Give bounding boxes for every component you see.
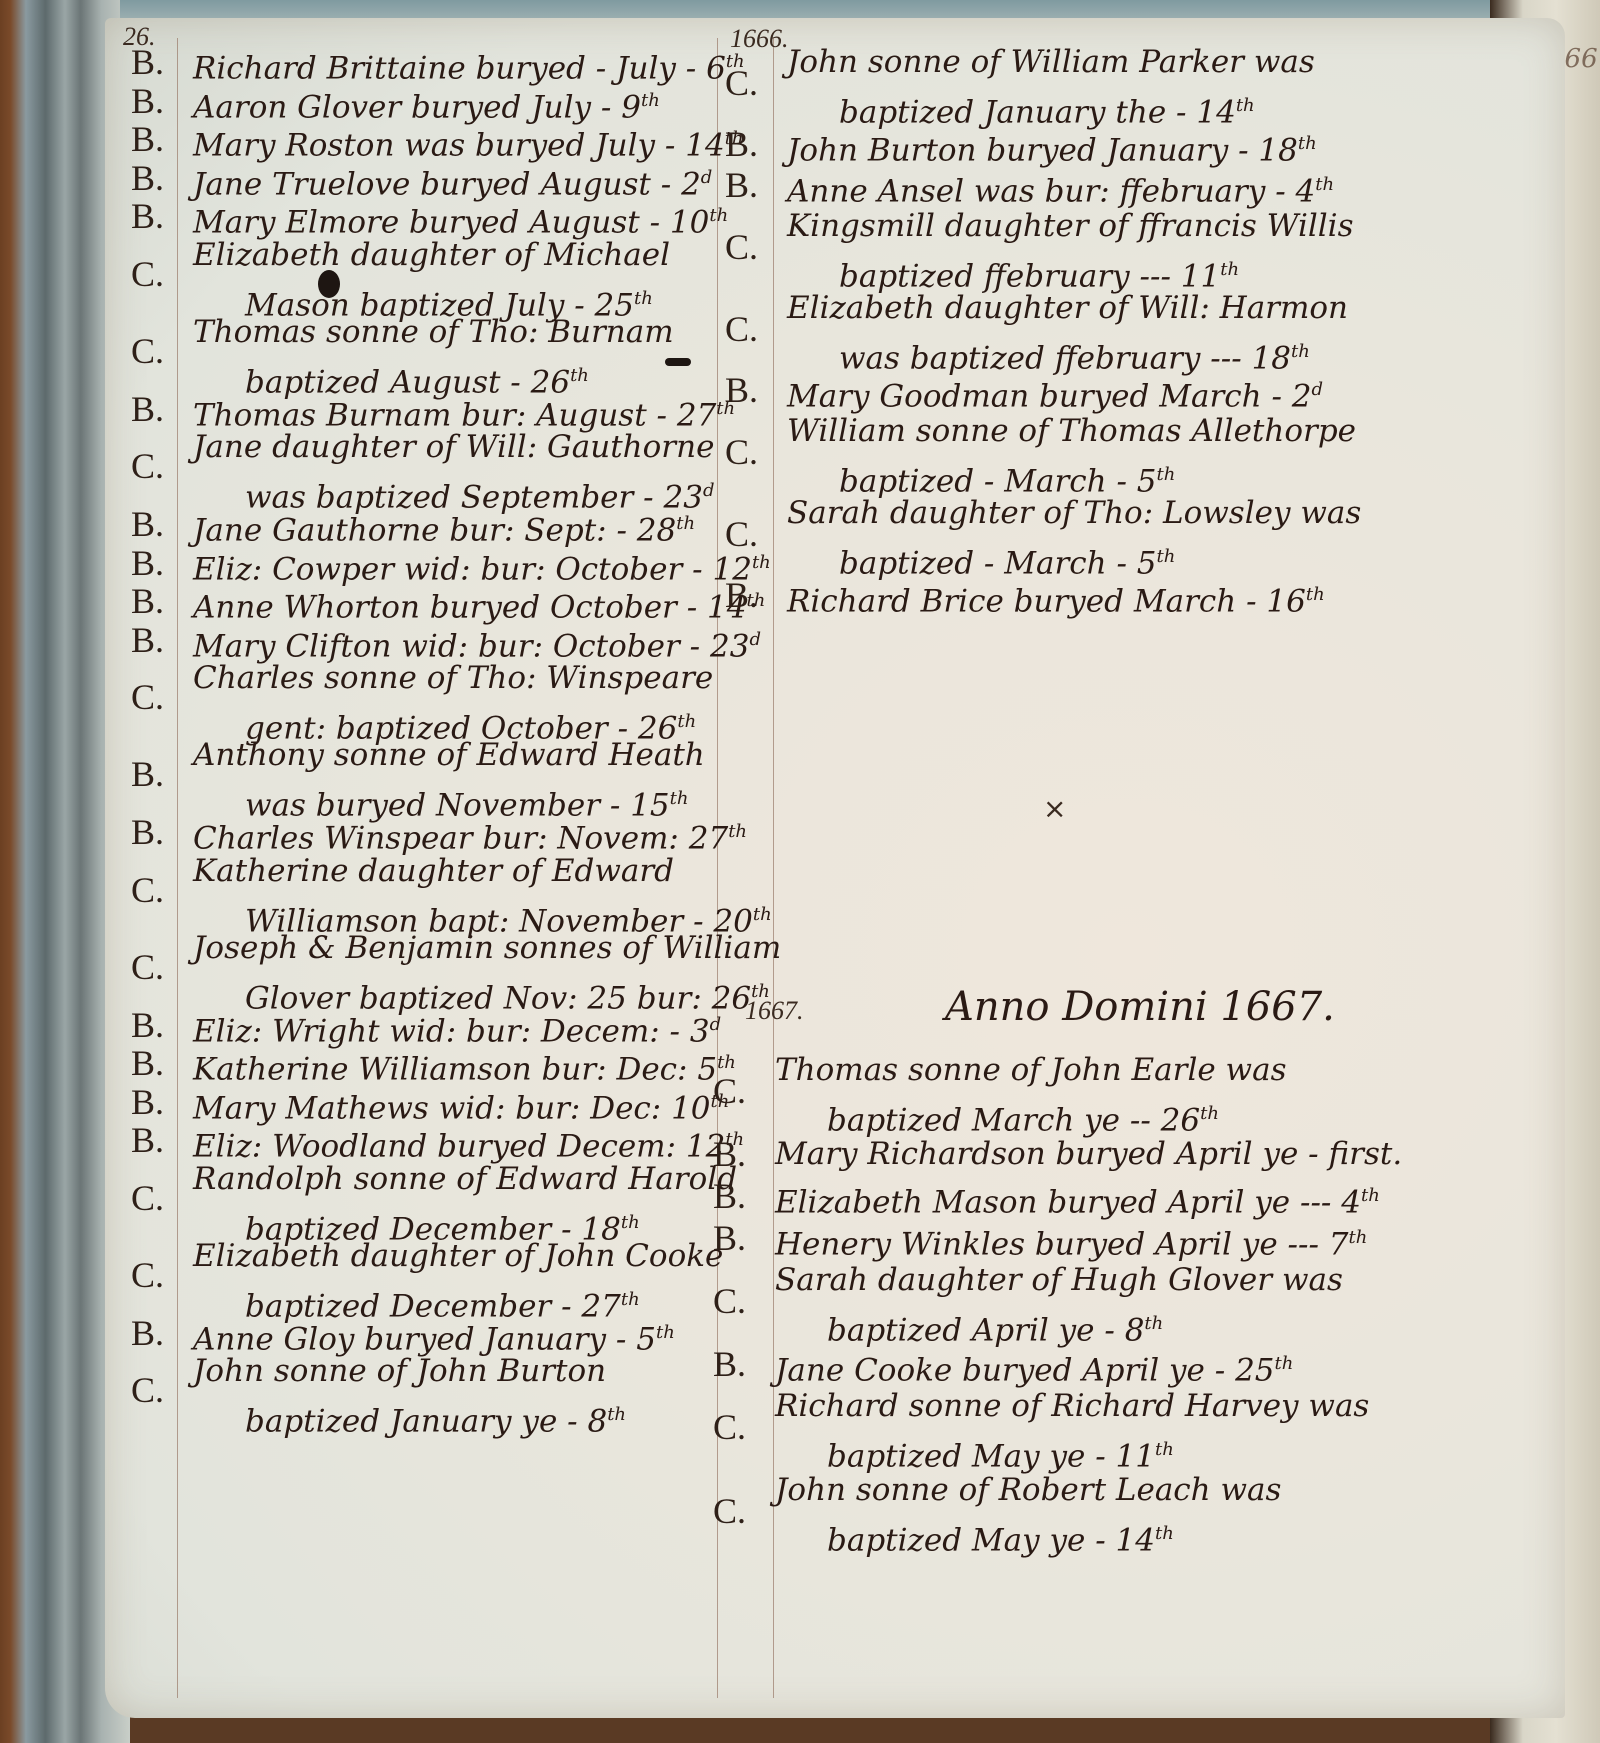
year-margin-1667: 1667. [745,996,804,1026]
entry-line-1: Kingsmill daughter of ffrancis Willis [787,208,1354,244]
date-suffix: th [1155,1523,1174,1544]
entry-line-1: Sarah daughter of Hugh Glover was [775,1262,1343,1298]
baptism-marker: C. [725,61,758,105]
entry-line-2-text: baptized May ye - 14 [827,1522,1155,1558]
register-entry: William sonne of Thomas Allethorpebaptiz… [787,409,1356,503]
baptism-marker: C. [713,1405,746,1449]
baptism-marker: C. [713,1489,746,1533]
baptism-marker: C. [131,1176,164,1220]
date-suffix: th [1306,584,1325,605]
date-suffix: th [728,821,747,842]
baptism-marker: C. [725,512,758,556]
baptism-marker: C. [131,1368,164,1412]
baptism-marker: C. [131,329,164,373]
entry-line-1: Thomas sonne of John Earle was [775,1052,1287,1088]
entry-line-1: Anthony sonne of Edward Heath [193,737,705,773]
baptism-marker: C. [131,444,164,488]
entry-line-1: Charles sonne of Tho: Winspeare [193,660,713,696]
date-suffix: th [1291,341,1310,362]
baptism-marker: C. [713,1279,746,1323]
date-suffix: d [701,167,713,188]
entry-line-1: Jane daughter of Will: Gauthorne [193,429,714,465]
date-suffix: th [677,711,696,732]
register-entry: Richard Brice buryed March - 16th [787,573,1325,623]
burial-marker: B. [131,810,164,854]
date-suffix: th [621,1289,640,1310]
burial-marker: B. [713,1342,746,1386]
burial-marker: B. [131,541,164,585]
burial-marker: B. [131,1080,164,1124]
register-entry: Sarah daughter of Tho: Lowsley wasbaptiz… [787,491,1361,585]
register-entry: John sonne of Robert Leach wasbaptized M… [775,1468,1281,1562]
entry-line-1: Sarah daughter of Tho: Lowsley was [787,495,1361,531]
burial-marker: B. [131,156,164,200]
date-suffix: th [1298,133,1317,154]
burial-marker: B. [725,368,758,412]
entry-line-1: William sonne of Thomas Allethorpe [787,413,1356,449]
date-suffix: th [1155,1439,1174,1460]
entry-line-2-text: baptized January ye - 8 [245,1403,607,1439]
date-suffix: th [709,205,728,226]
date-suffix: th [676,513,695,534]
entry-line-1: John sonne of William Parker was [787,44,1315,80]
burial-marker: B. [131,40,164,84]
year-margin-1666: 1666. [730,24,789,54]
baptism-marker: C. [131,868,164,912]
register-entry: John sonne of John Burtonbaptized Januar… [193,1349,626,1443]
register-entry: Thomas sonne of John Earle wasbaptized M… [775,1048,1287,1142]
baptism-marker: C. [713,1069,746,1113]
burial-marker: B. [131,194,164,238]
register-entry: Elizabeth daughter of Will: Harmonwas ba… [787,286,1348,380]
date-suffix: d [749,629,761,650]
date-suffix: th [670,788,689,809]
date-suffix: th [1236,95,1255,116]
entry-line-1: Richard Brice buryed March - 16 [787,583,1306,619]
center-rule-right [773,38,774,1698]
burial-marker: B. [131,579,164,623]
baptism-marker: C. [131,252,164,296]
date-suffix: th [1144,1313,1163,1334]
burial-marker: B. [725,573,758,617]
burial-marker: B. [131,618,164,662]
date-suffix: th [1275,1353,1294,1374]
date-suffix: th [1315,174,1334,195]
date-suffix: th [641,90,660,111]
burial-marker: B. [131,1041,164,1085]
date-suffix: d [1312,379,1324,400]
entry-line-1: John sonne of John Burton [193,1353,606,1389]
burial-marker: B. [131,1003,164,1047]
entry-line-1: Joseph & Benjamin sonnes of William [193,930,781,966]
burial-marker: B. [131,79,164,123]
register-entry: John sonne of William Parker wasbaptized… [787,40,1315,134]
left-margin-rule [177,38,178,1698]
entry-line-1: Katherine daughter of Edward [193,853,674,889]
date-suffix: th [1349,1227,1368,1248]
burial-marker: B. [131,1118,164,1162]
entry-line-1: Randolph sonne of Edward Harold [193,1161,737,1197]
date-suffix: th [1220,259,1239,280]
burial-marker: B. [713,1132,746,1176]
burial-marker: B. [131,502,164,546]
entry-line-1: Jane Cooke buryed April ye - 25 [775,1352,1275,1388]
burial-marker: B. [713,1216,746,1260]
burial-marker: B. [131,117,164,161]
baptism-marker: C. [725,225,758,269]
burial-marker: B. [131,1311,164,1355]
burial-marker: B. [725,163,758,207]
date-suffix: th [753,904,772,925]
baptism-marker: C. [131,945,164,989]
entry-line-1: Henery Winkles buryed April ye --- 7 [775,1226,1349,1262]
entry-line-1: John sonne of Robert Leach was [775,1472,1281,1508]
register-entry: Kingsmill daughter of ffrancis Willisbap… [787,204,1354,298]
register-entry: Sarah daughter of Hugh Glover wasbaptize… [775,1258,1343,1352]
date-suffix: th [1200,1103,1219,1124]
burial-marker: B. [713,1174,746,1218]
entry-line-2: baptized January ye - 8th [193,1393,626,1443]
entry-line-1: Elizabeth daughter of Michael [193,237,670,273]
burial-marker: B. [725,122,758,166]
entry-line-2: baptized May ye - 14th [775,1512,1281,1562]
date-suffix: th [1361,1185,1380,1206]
pencil-cross-mark: × [1043,792,1066,825]
date-suffix: d [710,1014,722,1035]
date-suffix: th [1157,546,1176,567]
baptism-marker: C. [725,307,758,351]
date-suffix: th [1157,464,1176,485]
year-heading-1667: Anno Domini 1667. [945,984,1335,1030]
entry-line-1: Mary Richardson buryed April ye - first. [775,1136,1402,1172]
date-suffix: th [621,1212,640,1233]
register-entry: Mary Richardson buryed April ye - first. [775,1132,1402,1176]
date-suffix: th [656,1322,675,1343]
register-entry: Richard sonne of Richard Harvey wasbapti… [775,1384,1369,1478]
baptism-marker: C. [131,675,164,719]
entry-line-1: Elizabeth daughter of Will: Harmon [787,290,1348,326]
date-suffix: th [607,1404,626,1425]
entry-line-1: Elizabeth Mason buryed April ye --- 4 [775,1184,1361,1220]
burial-marker: B. [131,387,164,431]
entry-line-1: Elizabeth daughter of John Cooke [193,1238,723,1274]
burial-marker: B. [131,752,164,796]
baptism-marker: C. [131,1253,164,1297]
register-page: 26. B.Richard Brittaine buryed - July - … [105,18,1565,1718]
entry-line-1: Richard sonne of Richard Harvey was [775,1388,1369,1424]
date-suffix: th [634,288,653,309]
baptism-marker: C. [725,430,758,474]
date-suffix: d [703,480,715,501]
date-suffix: th [570,365,589,386]
entry-line-1: Thomas sonne of Tho: Burnam [193,314,674,350]
